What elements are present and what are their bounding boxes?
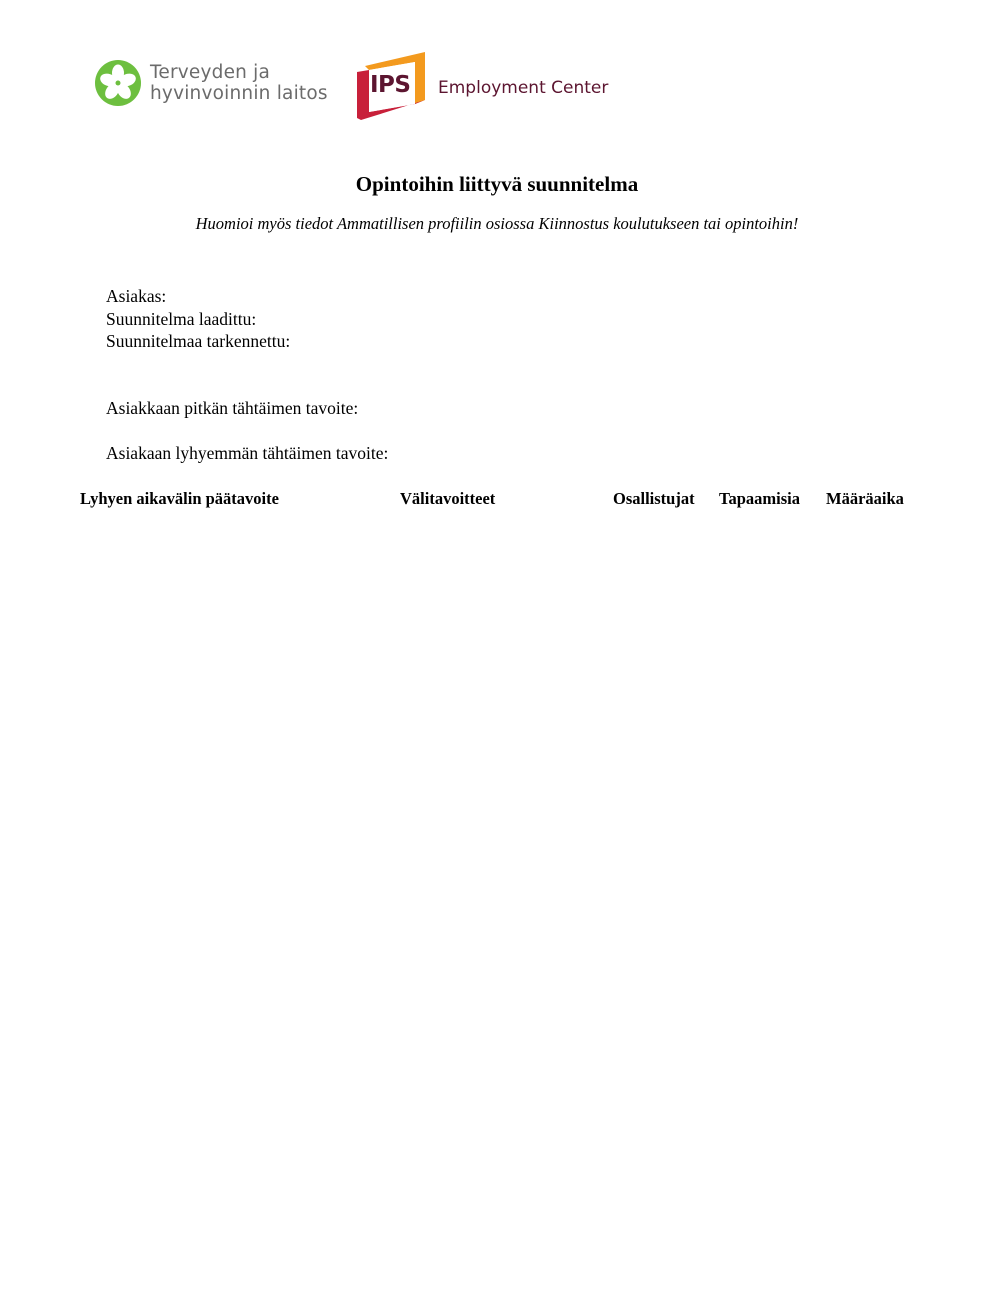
table-header-deadline: Määräaika	[826, 489, 904, 509]
long-term-goal-label: Asiakkaan pitkän tähtäimen tavoite:	[106, 398, 358, 419]
table-header-sub-goals: Välitavoitteet	[400, 489, 495, 509]
instruction-note: Huomioi myös tiedot Ammatillisen profiil…	[0, 214, 994, 234]
client-info-fields: Asiakas: Suunnitelma laadittu: Suunnitel…	[106, 285, 290, 353]
ips-mark-text: IPS	[370, 72, 410, 98]
field-client: Asiakas:	[106, 285, 290, 308]
short-term-goal-label: Asiakaan lyhyemmän tähtäimen tavoite:	[106, 443, 388, 464]
flower-icon	[95, 60, 141, 106]
field-plan-created: Suunnitelma laadittu:	[106, 308, 290, 331]
ips-caption: Employment Center	[438, 78, 608, 98]
ips-mark-icon: IPS	[357, 52, 429, 122]
thl-logo-text: Terveyden ja hyvinvoinnin laitos	[150, 62, 328, 104]
thl-logo: Terveyden ja hyvinvoinnin laitos	[95, 60, 328, 106]
table-header-participants: Osallistujat	[613, 489, 695, 509]
table-header-main-goal: Lyhyen aikavälin päätavoite	[80, 489, 279, 509]
thl-line-2: hyvinvoinnin laitos	[150, 83, 328, 104]
thl-line-1: Terveyden ja	[150, 62, 328, 83]
field-plan-refined: Suunnitelmaa tarkennettu:	[106, 330, 290, 353]
ips-logo: IPS Employment Center	[357, 52, 608, 122]
page-title: Opintoihin liittyvä suunnitelma	[0, 172, 994, 197]
table-header-meetings: Tapaamisia	[719, 489, 800, 509]
